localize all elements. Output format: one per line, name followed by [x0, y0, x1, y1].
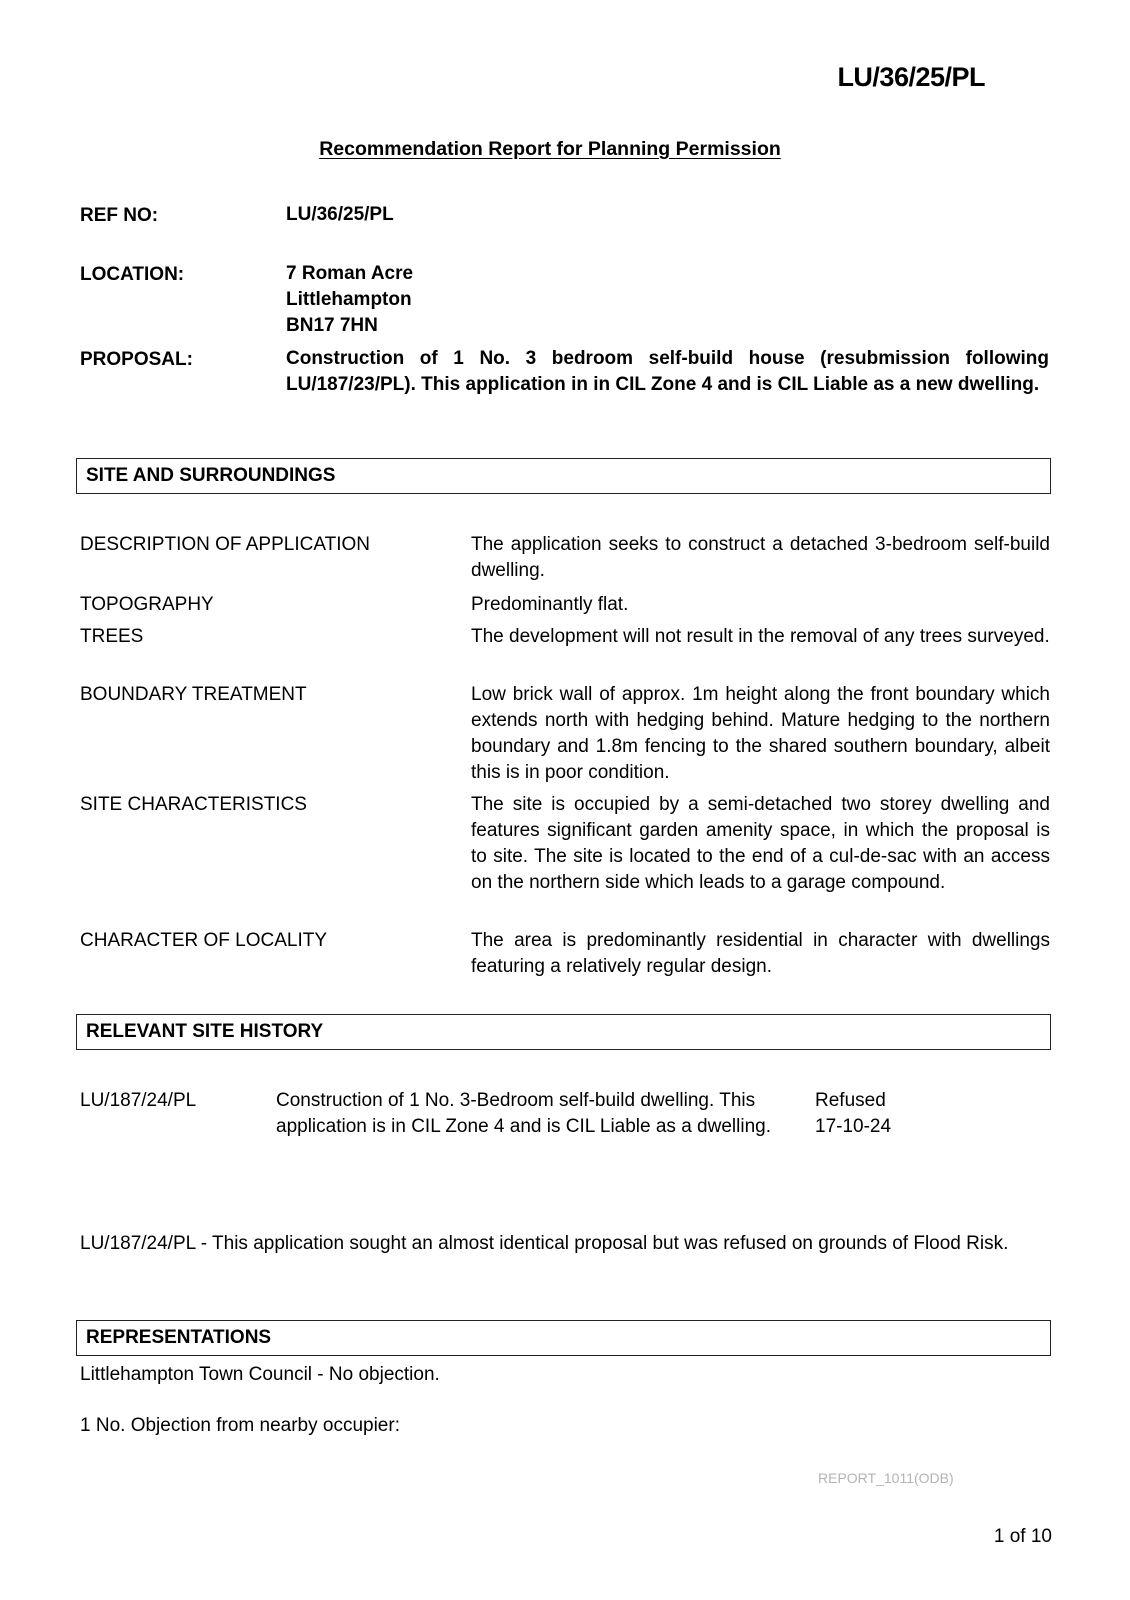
document-title: Recommendation Report for Planning Permi… [0, 138, 1100, 161]
history-decision-date: 17-10-24 [815, 1114, 891, 1140]
location-label: LOCATION: [80, 264, 184, 286]
site-row-label: TREES [80, 624, 143, 650]
site-row-label: TOPOGRAPHY [80, 592, 214, 618]
section-representations: REPRESENTATIONS [76, 1320, 1051, 1356]
site-row-value: Low brick wall of approx. 1m height alon… [471, 682, 1050, 786]
site-row-value: The application seeks to construct a det… [471, 532, 1050, 584]
location-line: BN17 7HN [286, 313, 413, 339]
representation-paragraph: Littlehampton Town Council - No objectio… [80, 1362, 1050, 1388]
history-decision: Refused 17-10-24 [815, 1088, 891, 1140]
site-row-value: The development will not result in the r… [471, 624, 1050, 650]
history-ref: LU/187/24/PL [80, 1088, 196, 1114]
proposal-label: PROPOSAL: [80, 349, 193, 371]
site-row-label: CHARACTER OF LOCALITY [80, 928, 327, 954]
location-line: 7 Roman Acre [286, 261, 413, 287]
location-value: 7 Roman Acre Littlehampton BN17 7HN [286, 261, 413, 339]
history-description: Construction of 1 No. 3-Bedroom self-bui… [276, 1088, 781, 1140]
section-relevant-site-history: RELEVANT SITE HISTORY [76, 1014, 1051, 1050]
site-row-label: SITE CHARACTERISTICS [80, 792, 307, 818]
site-row-label: DESCRIPTION OF APPLICATION [80, 532, 370, 558]
proposal-value: Construction of 1 No. 3 bedroom self-bui… [286, 346, 1049, 398]
report-code: REPORT_1011(ODB) [818, 1470, 954, 1486]
section-site-and-surroundings: SITE AND SURROUNDINGS [76, 458, 1051, 494]
ref-no-value: LU/36/25/PL [286, 202, 394, 228]
site-row-value: Predominantly flat. [471, 592, 1050, 618]
document-title-text: Recommendation Report for Planning Permi… [319, 138, 781, 160]
site-row-label: BOUNDARY TREATMENT [80, 682, 307, 708]
history-decision-status: Refused [815, 1088, 891, 1114]
site-row-value: The area is predominantly residential in… [471, 928, 1050, 980]
location-line: Littlehampton [286, 287, 413, 313]
header-reference: LU/36/25/PL [837, 62, 985, 93]
page-number: 1 of 10 [994, 1526, 1052, 1548]
history-note: LU/187/24/PL - This application sought a… [80, 1231, 1050, 1257]
ref-no-label: REF NO: [80, 205, 158, 227]
site-row-value: The site is occupied by a semi-detached … [471, 792, 1050, 896]
representation-paragraph: 1 No. Objection from nearby occupier: [80, 1413, 1050, 1439]
